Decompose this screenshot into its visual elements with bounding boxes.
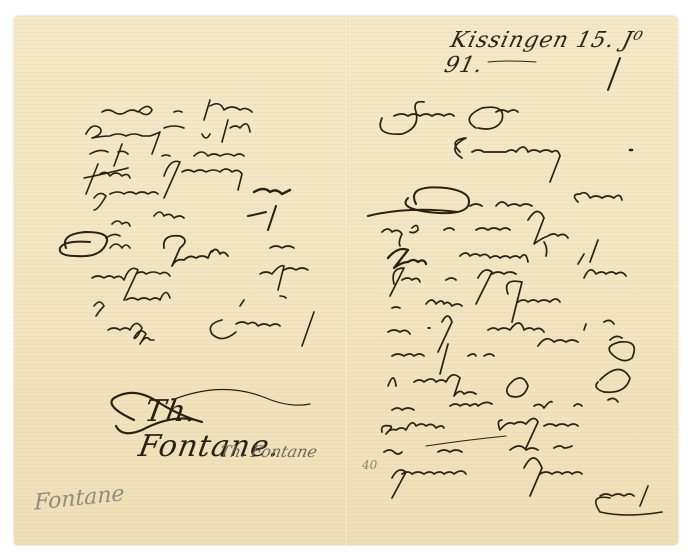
left-page: Th. Fontane. Th. Fontane Fontane xyxy=(14,16,345,545)
right-page-handwriting xyxy=(348,16,678,545)
letter-sheet: Th. Fontane. Th. Fontane Fontane Kissing… xyxy=(14,16,678,545)
pencil-signature-annotation: Th. Fontane xyxy=(218,442,319,461)
signature-flourish xyxy=(14,16,345,545)
right-page: Kissingen 15. J⁰ 91. xyxy=(348,16,678,545)
archive-number: 40 xyxy=(362,458,377,472)
